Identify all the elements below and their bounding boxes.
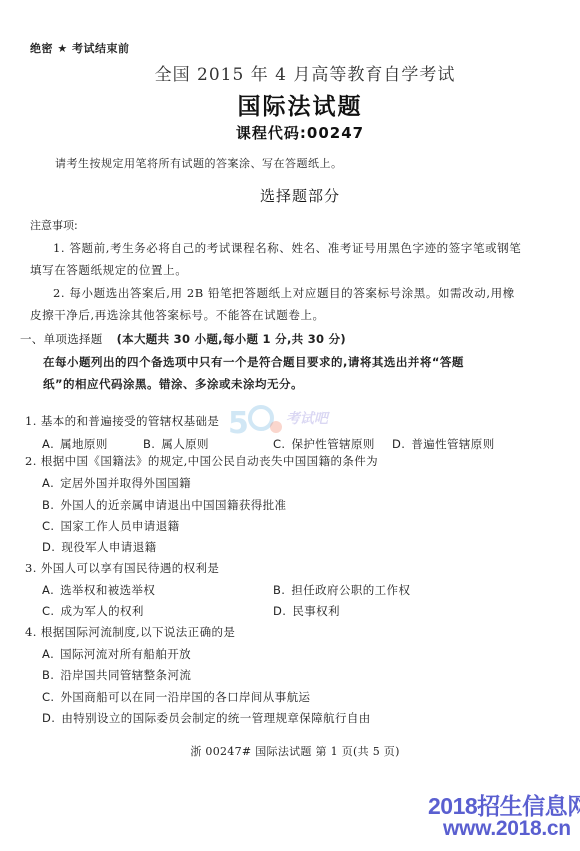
part-one-description-cont: 纸”的相应代码涂黑。错涂、多涂或未涂均无分。: [43, 376, 303, 392]
exam-title: 全国 2015 年 4 月高等教育自学考试: [0, 60, 580, 85]
question-4-option-c: C.外国商船可以在同一沿岸国的各口岸间从事航运: [42, 689, 310, 705]
notice-item-2: 2. 每小题选出答案后,用 2B 铅笔把答题纸上对应题目的答案标号涂黑。如需改动…: [53, 285, 515, 301]
question-4-option-d: D.由特别设立的国际委员会制定的统一管理规章保障航行自由: [42, 710, 371, 726]
question-1-option-d: D.普遍性管辖原则: [392, 436, 495, 452]
question-4-option-b: B.沿岸国共同管辖整条河流: [42, 667, 191, 683]
notice-heading: 注意事项:: [30, 217, 78, 233]
question-3-option-a: A.选举权和被选举权: [42, 582, 155, 598]
watermark-dot-icon: [270, 421, 282, 433]
subject-title: 国际法试题: [0, 88, 580, 121]
question-3-option-b: B.担任政府公职的工作权: [273, 582, 410, 598]
watermark-text: 考试吧: [286, 411, 328, 427]
secrecy-label: 绝密 ★ 考试结束前: [30, 40, 130, 56]
part-one-heading: 一、单项选择题(本大题共 30 小题,每小题 1 分,共 30 分): [20, 331, 346, 347]
question-4-stem: 4. 根据国际河流制度,以下说法正确的是: [25, 624, 235, 640]
brand-url-link[interactable]: www.2018.cn: [443, 817, 571, 841]
part-one-description: 在每小题列出的四个备选项中只有一个是符合题目要求的,请将其选出并将“答题: [43, 354, 464, 370]
question-4-option-a: A.国际河流对所有船舶开放: [42, 646, 191, 662]
question-1-option-b: B.属人原则: [143, 436, 209, 452]
part-one-title: 一、单项选择题: [20, 332, 103, 346]
question-2-option-b: B.外国人的近亲属申请退出中国国籍获得批准: [42, 497, 286, 513]
section-title: 选择题部分: [0, 185, 580, 206]
question-2-option-d: D.现役军人申请退籍: [42, 539, 157, 555]
question-3-option-c: C.成为军人的权利: [42, 603, 144, 619]
question-3-option-d: D.民事权利: [273, 603, 340, 619]
watermark-logo-icon: 5: [228, 406, 247, 441]
question-2-stem: 2. 根据中国《国籍法》的规定,中国公民自动丧失中国国籍的条件为: [25, 453, 378, 469]
question-3-stem: 3. 外国人可以享有国民待遇的权利是: [25, 560, 219, 576]
question-1-option-c: C.保护性管辖原则: [273, 436, 375, 452]
question-1-option-a: A.属地原则: [42, 436, 108, 452]
question-1-stem: 1. 基本的和普遍接受的管辖权基础是: [25, 413, 219, 429]
course-code: 课程代码:00247: [0, 122, 580, 143]
question-2-option-a: A.定居外国并取得外国国籍: [42, 475, 191, 491]
notice-item-1-cont: 填写在答题纸规定的位置上。: [30, 262, 187, 278]
notice-item-1: 1. 答题前,考生务必将自己的考试课程名称、姓名、准考证号用黑色字迹的签字笔或钢…: [53, 240, 521, 256]
notice-item-2-cont: 皮擦干净后,再选涂其他答案标号。不能答在试题卷上。: [30, 307, 325, 323]
part-one-score-note: (本大题共 30 小题,每小题 1 分,共 30 分): [117, 332, 346, 346]
page-footer: 浙 00247# 国际法试题 第 1 页(共 5 页): [0, 743, 580, 759]
question-2-option-c: C.国家工作人员申请退籍: [42, 518, 180, 534]
answer-instruction: 请考生按规定用笔将所有试题的答案涂、写在答题纸上。: [55, 155, 343, 171]
